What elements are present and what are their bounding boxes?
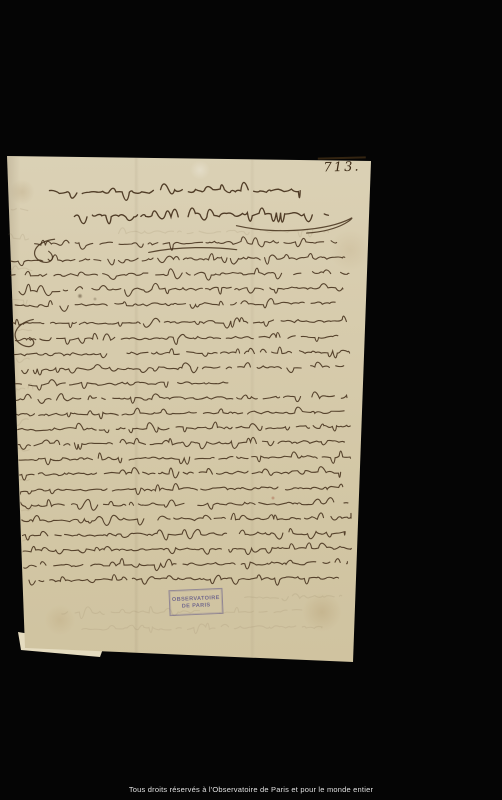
folio-number: 713. <box>318 156 366 175</box>
photo-canvas: 713. OBSERVATOIRE DE PARIS Tous droits r… <box>0 0 502 800</box>
library-stamp: OBSERVATOIRE DE PARIS <box>168 588 223 616</box>
handwriting-layer <box>0 0 502 800</box>
copyright-caption: Tous droits réservés à l'Observatoire de… <box>0 785 502 794</box>
stamp-line-1: OBSERVATOIRE <box>172 594 220 602</box>
stamp-line-2: DE PARIS <box>182 602 211 609</box>
